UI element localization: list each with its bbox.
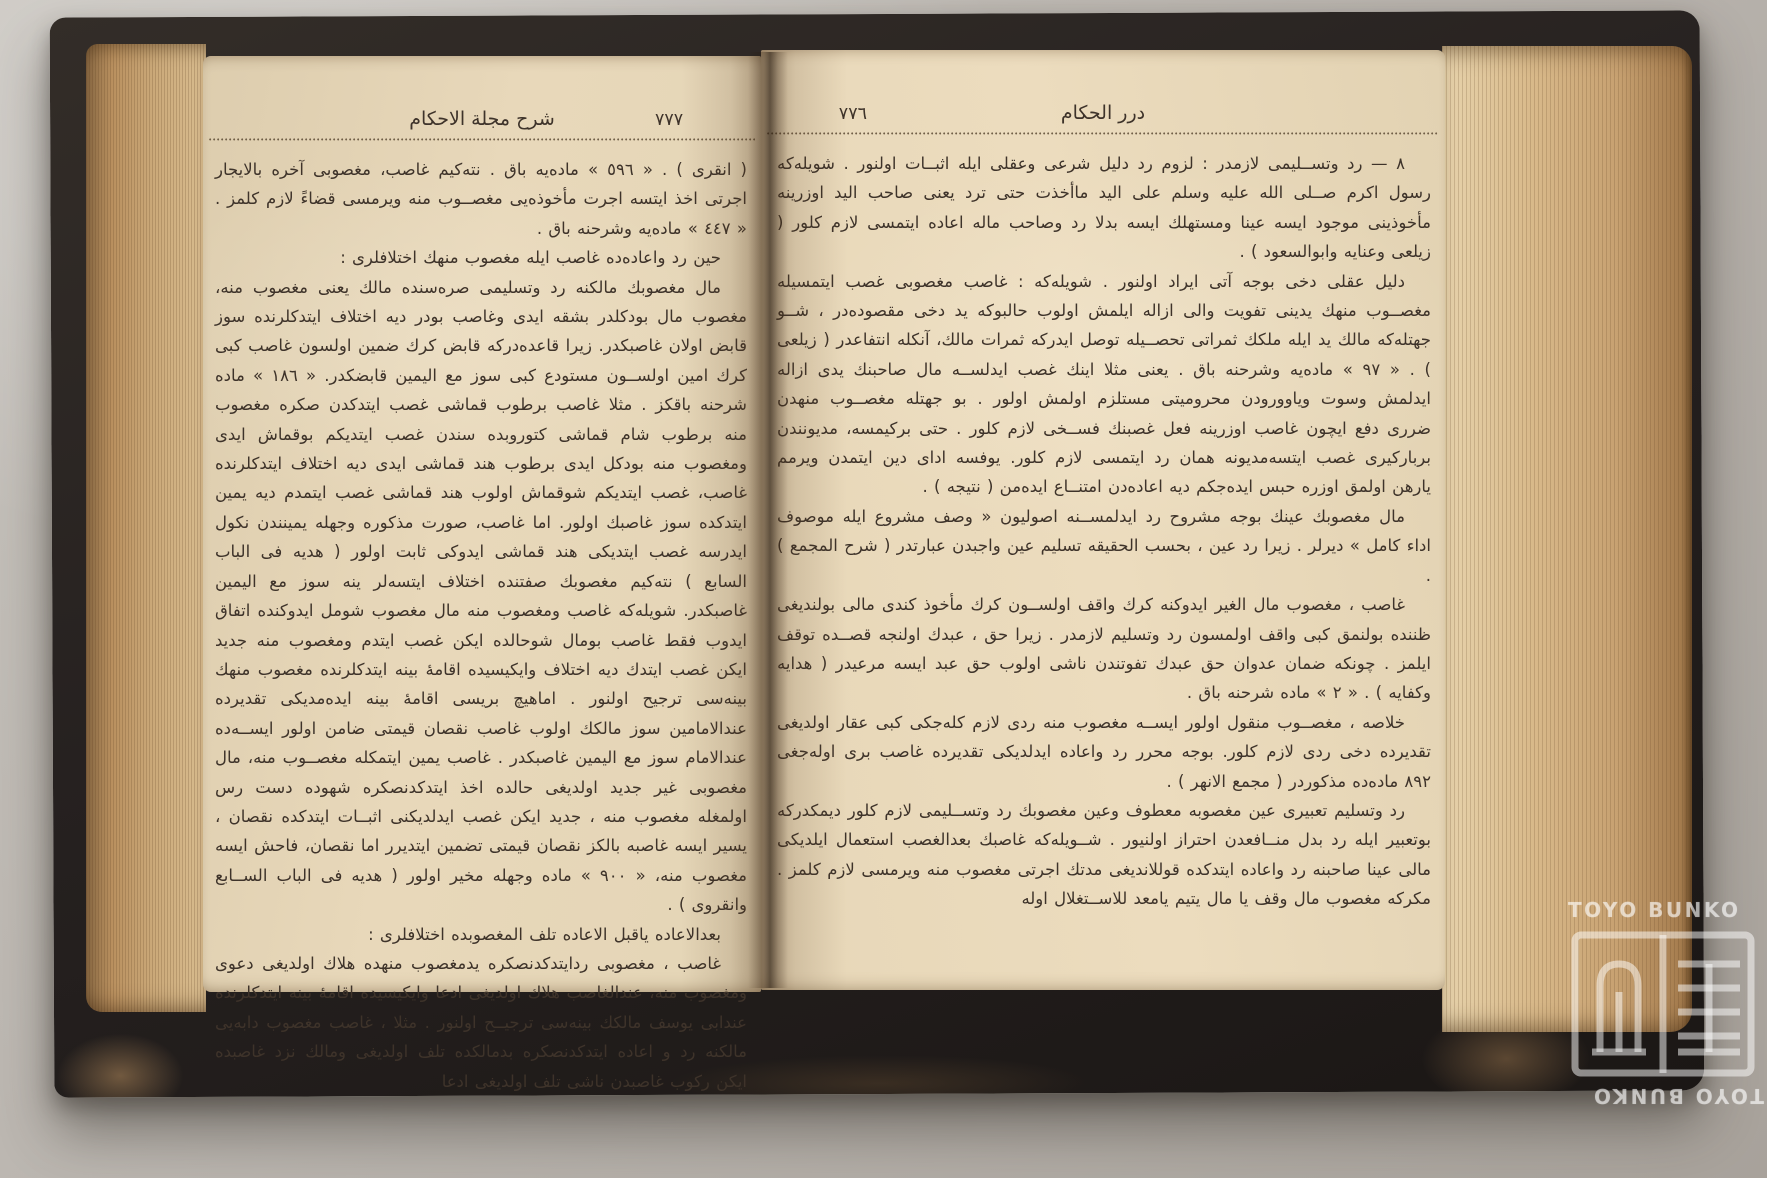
- book-photo: ٧٧٧ شرح مجلة الاحكام ( انقرى ) . « ٥٩٦ »…: [0, 0, 1767, 1178]
- left-page: ٧٧٧ شرح مجلة الاحكام ( انقرى ) . « ٥٩٦ »…: [203, 56, 761, 992]
- fore-edge-left-page-stack: [86, 44, 206, 1012]
- left-page-body: ( انقرى ) . « ٥٩٦ » ماده‌يه باق . نته‌كي…: [203, 141, 761, 1096]
- right-page-header-title: درر الحكام: [867, 102, 1339, 124]
- paragraph: بعدالاعاده ياقبل الاعاده تلف المغصوبده ا…: [215, 920, 747, 949]
- right-page-number: ٧٧٦: [777, 104, 867, 124]
- paragraph: مال مغصوبك عينك بوجه مشروح رد ايدلمســنه…: [777, 502, 1431, 590]
- paragraph: غاصب ، مغصوبى ردايتدكدنصكره يدمغصوب منهد…: [215, 949, 747, 1096]
- paragraph: خلاصه ، مغصــوب منقول اولور ايســه مغصوب…: [777, 708, 1431, 796]
- left-page-number: ٧٧٧: [655, 110, 745, 130]
- left-page-header: ٧٧٧ شرح مجلة الاحكام: [203, 56, 761, 138]
- paragraph: دليل عقلى دخى بوجه آتى ايراد اولنور . شو…: [777, 267, 1431, 502]
- paragraph: ٨ — رد وتســليمى لازمدر : لزوم رد دليل ش…: [777, 149, 1431, 267]
- paragraph: حين رد واعاده‌ده غاصب ايله مغصوب منهك اخ…: [215, 243, 747, 272]
- paragraph: ( انقرى ) . « ٥٩٦ » ماده‌يه باق . نته‌كي…: [215, 155, 747, 243]
- right-page: درر الحكام ٧٧٦ ٨ — رد وتســليمى لازمدر :…: [761, 50, 1445, 990]
- right-page-body: ٨ — رد وتســليمى لازمدر : لزوم رد دليل ش…: [761, 135, 1445, 914]
- paragraph: غاصب ، مغصوب مال الغير ايدوكنه كرك واقف …: [777, 590, 1431, 708]
- left-page-header-title: شرح مجلة الاحكام: [309, 108, 655, 130]
- right-page-header: درر الحكام ٧٧٦: [761, 50, 1445, 132]
- fore-edge-right-page-stack: [1442, 46, 1692, 1032]
- paragraph: رد وتسليم تعبيرى عين مغصوبه معطوف وعين م…: [777, 796, 1431, 914]
- paragraph: مال مغصوبك مالكنه رد وتسليمى صره‌سنده ما…: [215, 273, 747, 920]
